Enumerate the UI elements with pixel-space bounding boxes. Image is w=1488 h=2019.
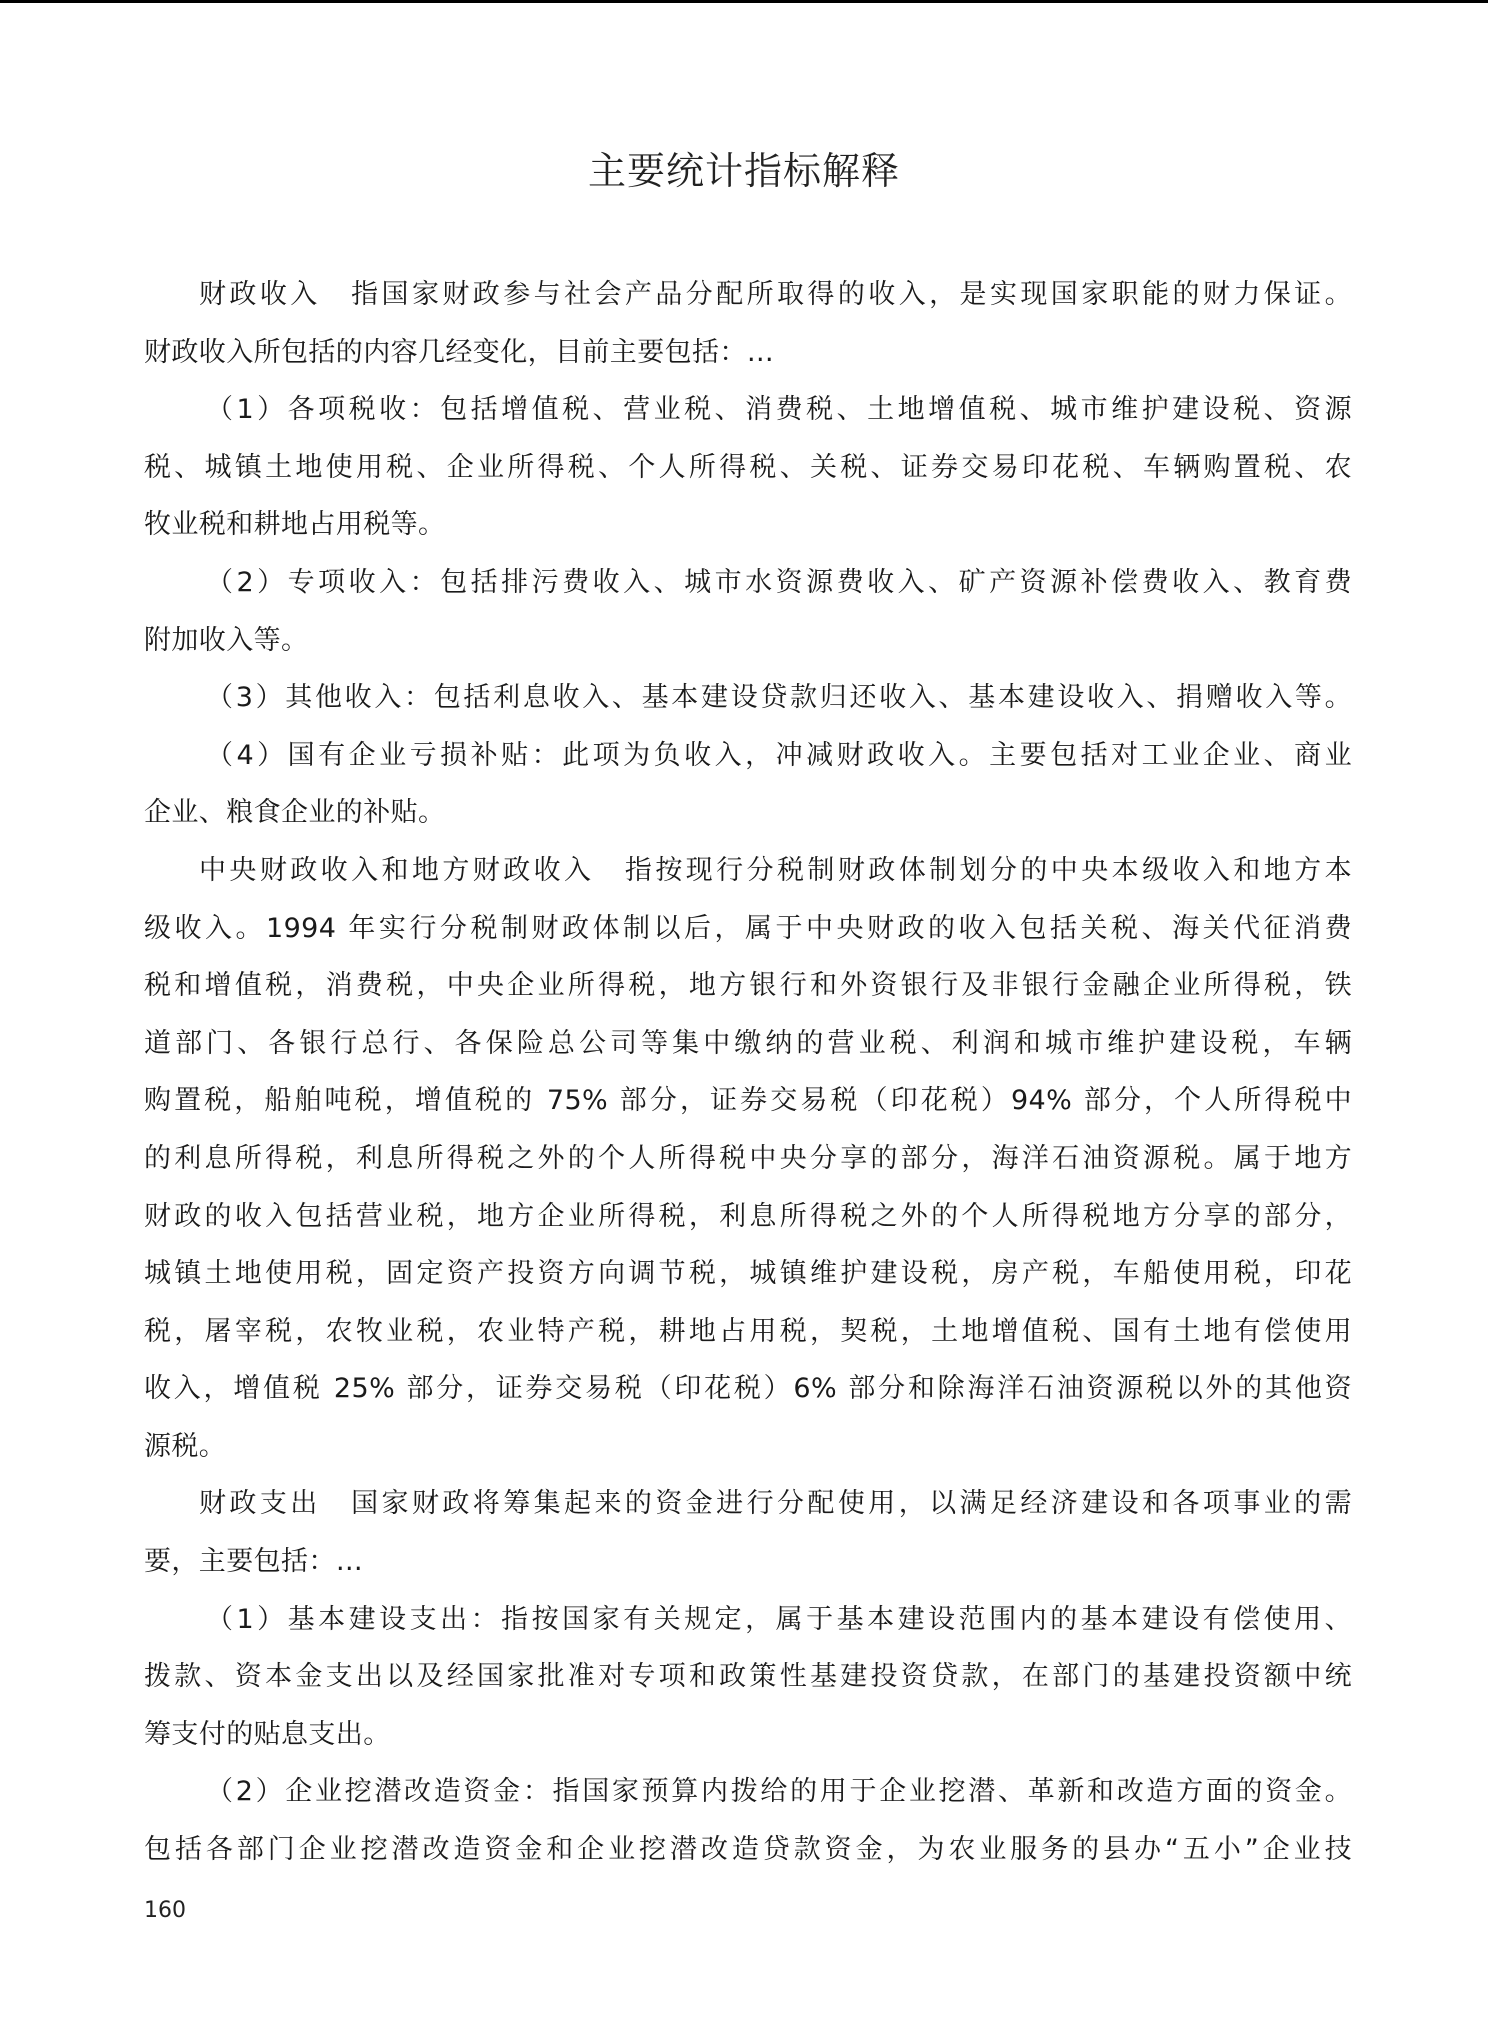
page-top-border (0, 0, 1488, 3)
text-line: 要，主要包括：… (144, 1533, 1352, 1591)
text-line: （3）其他收入：包括利息收入、基本建设贷款归还收入、基本建设收入、捐赠收入等。 (144, 669, 1352, 727)
text-line: 源税。 (144, 1418, 1352, 1476)
text-line: 包括各部门企业挖潜改造资金和企业挖潜改造贷款资金，为农业服务的县办“五小”企业技 (144, 1821, 1352, 1879)
text-line: 筹支付的贴息支出。 (144, 1706, 1352, 1764)
page-title: 主要统计指标解释 (0, 140, 1488, 195)
text-line: 财政的收入包括营业税，地方企业所得税，利息所得税之外的个人所得税地方分享的部分， (144, 1188, 1352, 1246)
text-line: 城镇土地使用税，固定资产投资方向调节税，城镇维护建设税，房产税，车船使用税，印花 (144, 1245, 1352, 1303)
text-line: 税，屠宰税，农牧业税，农业特产税，耕地占用税，契税，土地增值税、国有土地有偿使用 (144, 1303, 1352, 1361)
text-line: 财政支出 国家财政将筹集起来的资金进行分配使用，以满足经济建设和各项事业的需 (144, 1475, 1352, 1533)
text-line: （1）各项税收：包括增值税、营业税、消费税、土地增值税、城市维护建设税、资源 (144, 381, 1352, 439)
page-number: 160 (144, 1898, 186, 1923)
text-line: （4）国有企业亏损补贴：此项为负收入，冲减财政收入。主要包括对工业企业、商业 (144, 727, 1352, 785)
text-line: 中央财政收入和地方财政收入 指按现行分税制财政体制划分的中央本级收入和地方本 (144, 842, 1352, 900)
text-line: 税和增值税，消费税，中央企业所得税，地方银行和外资银行及非银行金融企业所得税，铁 (144, 957, 1352, 1015)
text-line: （2）专项收入：包括排污费收入、城市水资源费收入、矿产资源补偿费收入、教育费 (144, 554, 1352, 612)
text-line: 收入，增值税 25% 部分，证券交易税（印花税）6% 部分和除海洋石油资源税以外… (144, 1360, 1352, 1418)
text-line: （1）基本建设支出：指按国家有关规定，属于基本建设范围内的基本建设有偿使用、 (144, 1591, 1352, 1649)
text-line: 企业、粮食企业的补贴。 (144, 784, 1352, 842)
text-line: 道部门、各银行总行、各保险总公司等集中缴纳的营业税、利润和城市维护建设税，车辆 (144, 1015, 1352, 1073)
document-body: 财政收入 指国家财政参与社会产品分配所取得的收入，是实现国家职能的财力保证。财政… (144, 266, 1352, 1879)
text-line: 附加收入等。 (144, 612, 1352, 670)
text-line: 购置税，船舶吨税，增值税的 75% 部分，证券交易税（印花税）94% 部分，个人… (144, 1072, 1352, 1130)
text-line: （2）企业挖潜改造资金：指国家预算内拨给的用于企业挖潜、革新和改造方面的资金。 (144, 1763, 1352, 1821)
text-line: 的利息所得税，利息所得税之外的个人所得税中央分享的部分，海洋石油资源税。属于地方 (144, 1130, 1352, 1188)
text-line: 财政收入 指国家财政参与社会产品分配所取得的收入，是实现国家职能的财力保证。 (144, 266, 1352, 324)
text-line: 牧业税和耕地占用税等。 (144, 496, 1352, 554)
text-line: 税、城镇土地使用税、企业所得税、个人所得税、关税、证券交易印花税、车辆购置税、农 (144, 439, 1352, 497)
text-line: 财政收入所包括的内容几经变化，目前主要包括：… (144, 324, 1352, 382)
text-line: 拨款、资本金支出以及经国家批准对专项和政策性基建投资贷款，在部门的基建投资额中统 (144, 1648, 1352, 1706)
text-line: 级收入。1994 年实行分税制财政体制以后，属于中央财政的收入包括关税、海关代征… (144, 900, 1352, 958)
